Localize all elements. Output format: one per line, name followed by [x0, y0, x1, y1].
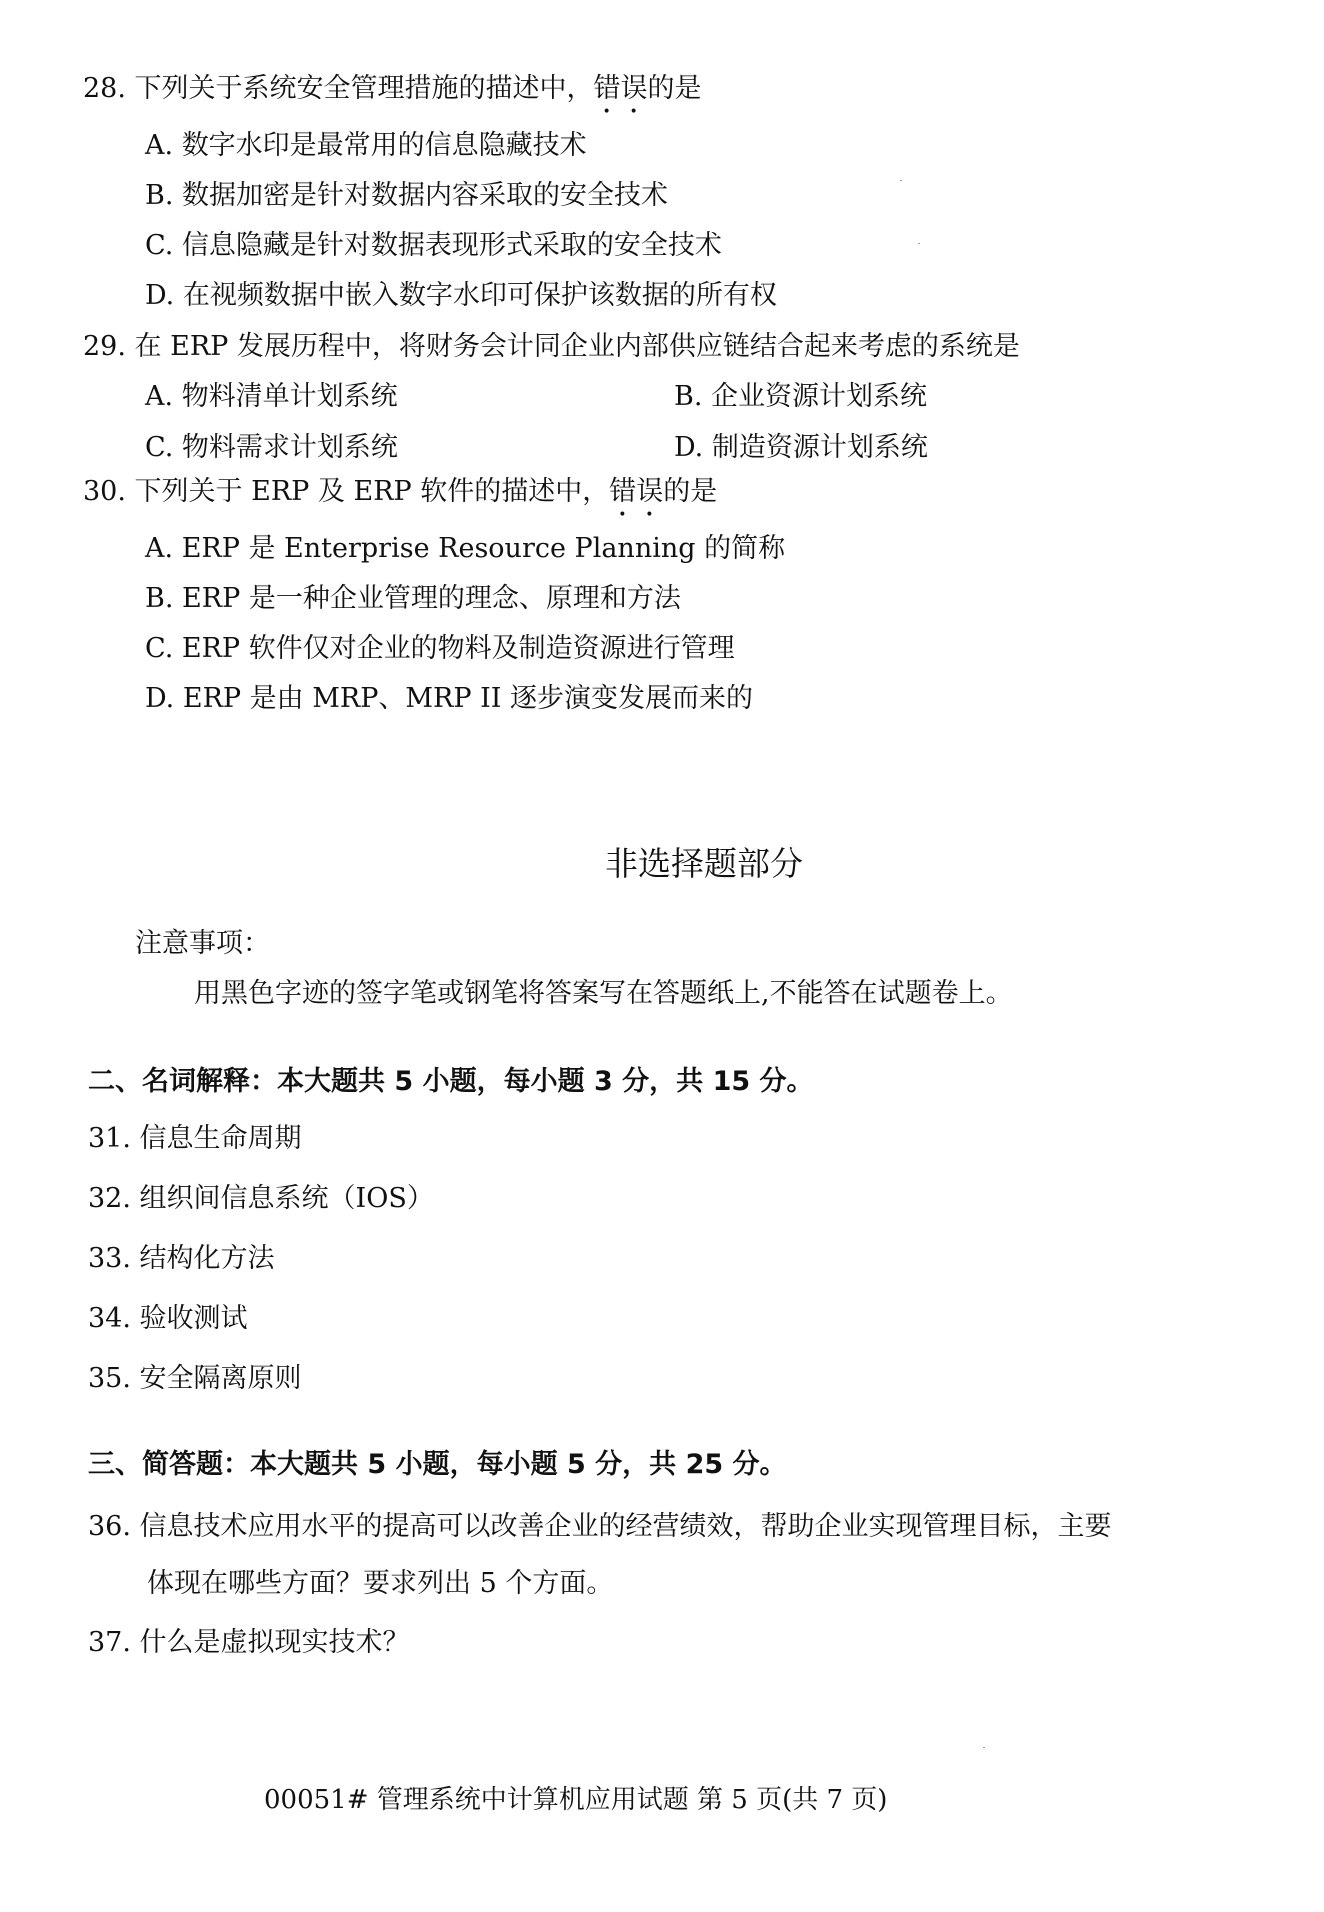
section-title: 非选择题部分: [605, 847, 803, 881]
question-text-end: 的是: [663, 476, 717, 507]
option-label: B.: [145, 180, 173, 211]
question-number: 36.: [88, 1510, 131, 1544]
scan-artifact: [900, 180, 902, 181]
question-text: 安全隔离原则: [140, 1363, 302, 1394]
option-text: ERP 是 Enterprise Resource Planning 的简称: [182, 533, 785, 564]
question-35: 35. 安全隔离原则: [88, 1362, 302, 1396]
question-text: 下列关于系统安全管理措施的描述中，: [135, 73, 594, 104]
scan-artifact: [918, 243, 920, 244]
question-36-line1: 36. 信息技术应用水平的提高可以改善企业的经营绩效，帮助企业实现管理目标，主要: [88, 1510, 1112, 1544]
option-label: C.: [145, 633, 173, 664]
question-text: 结构化方法: [140, 1243, 275, 1274]
question-28-stem: 28. 下列关于系统安全管理措施的描述中，错误的是: [83, 72, 702, 120]
question-29-stem: 29. 在 ERP 发展历程中，将财务会计同企业内部供应链结合起来考虑的系统是: [83, 330, 1020, 364]
question-34: 34. 验收测试: [88, 1302, 248, 1336]
question-text: 信息生命周期: [140, 1123, 302, 1154]
option-label: A.: [145, 130, 173, 161]
option-label: D.: [145, 683, 174, 714]
question-37: 37. 什么是虚拟现实技术？: [88, 1626, 410, 1660]
option-label: A.: [145, 533, 173, 564]
question-33: 33. 结构化方法: [88, 1242, 275, 1276]
option-text: 信息隐藏是针对数据表现形式采取的安全技术: [182, 230, 722, 261]
question-28-option-c: C. 信息隐藏是针对数据表现形式采取的安全技术: [145, 229, 722, 263]
question-text: 验收测试: [140, 1303, 248, 1334]
option-text: 制造资源计划系统: [712, 432, 928, 463]
option-text: 物料需求计划系统: [182, 432, 398, 463]
question-text: 在 ERP 发展历程中，将财务会计同企业内部供应链结合起来考虑的系统是: [135, 331, 1020, 362]
question-29-option-c: C. 物料需求计划系统: [145, 431, 398, 465]
option-label: D.: [674, 432, 703, 463]
option-label: C.: [145, 230, 173, 261]
option-text: 物料清单计划系统: [182, 381, 398, 412]
question-text: 信息技术应用水平的提高可以改善企业的经营绩效，帮助企业实现管理目标，主要: [140, 1511, 1112, 1542]
question-text: 什么是虚拟现实技术？: [140, 1627, 410, 1658]
question-32: 32. 组织间信息系统（IOS）: [88, 1182, 434, 1216]
option-label: C.: [145, 432, 173, 463]
page-footer: 00051# 管理系统中计算机应用试题 第 5 页(共 7 页): [264, 1783, 887, 1817]
question-number: 32.: [88, 1182, 131, 1216]
question-number: 28.: [83, 72, 126, 106]
question-text: 下列关于 ERP 及 ERP 软件的描述中，: [135, 476, 610, 507]
notice-label: 注意事项：: [135, 927, 270, 961]
option-text: ERP 软件仅对企业的物料及制造资源进行管理: [182, 633, 735, 664]
emphasized-text: 错误: [609, 476, 663, 507]
question-30-stem: 30. 下列关于 ERP 及 ERP 软件的描述中，错误的是: [83, 475, 717, 523]
option-text: 企业资源计划系统: [711, 381, 927, 412]
question-30-option-c: C. ERP 软件仅对企业的物料及制造资源进行管理: [145, 632, 735, 666]
option-text: 在视频数据中嵌入数字水印可保护该数据的所有权: [183, 280, 777, 311]
option-text: ERP 是由 MRP、MRP II 逐步演变发展而来的: [183, 683, 753, 714]
question-number: 29.: [83, 330, 126, 364]
question-number: 34.: [88, 1302, 131, 1336]
question-28-option-a: A. 数字水印是最常用的信息隐藏技术: [145, 129, 587, 163]
question-number: 33.: [88, 1242, 131, 1276]
option-text: ERP 是一种企业管理的理念、原理和方法: [182, 583, 681, 614]
question-31: 31. 信息生命周期: [88, 1122, 302, 1156]
question-number: 31.: [88, 1122, 131, 1156]
option-label: B.: [674, 381, 702, 412]
question-28-option-d: D. 在视频数据中嵌入数字水印可保护该数据的所有权: [145, 279, 777, 313]
question-36-line2: 体现在哪些方面？要求列出 5 个方面。: [147, 1567, 613, 1601]
question-number: 37.: [88, 1626, 131, 1660]
emphasized-text: 错误: [594, 73, 648, 104]
option-label: A.: [145, 381, 173, 412]
section-2-heading: 二、名词解释：本大题共 5 小题，每小题 3 分，共 15 分。: [88, 1065, 814, 1099]
question-28-option-b: B. 数据加密是针对数据内容采取的安全技术: [145, 179, 668, 213]
question-30-option-a: A. ERP 是 Enterprise Resource Planning 的简…: [145, 532, 785, 566]
question-30-option-b: B. ERP 是一种企业管理的理念、原理和方法: [145, 582, 681, 616]
question-number: 35.: [88, 1362, 131, 1396]
question-29-option-d: D. 制造资源计划系统: [674, 431, 928, 465]
notice-text: 用黑色字迹的签字笔或钢笔将答案写在答题纸上,不能答在试题卷上。: [194, 977, 1013, 1011]
question-30-option-d: D. ERP 是由 MRP、MRP II 逐步演变发展而来的: [145, 682, 753, 716]
question-29-option-a: A. 物料清单计划系统: [145, 380, 398, 414]
option-text: 数据加密是针对数据内容采取的安全技术: [182, 180, 668, 211]
section-3-heading: 三、简答题：本大题共 5 小题，每小题 5 分，共 25 分。: [88, 1448, 787, 1482]
question-text-end: 的是: [648, 73, 702, 104]
question-text: 组织间信息系统（IOS）: [140, 1183, 434, 1214]
option-text: 数字水印是最常用的信息隐藏技术: [182, 130, 587, 161]
option-label: D.: [145, 280, 174, 311]
question-number: 30.: [83, 475, 126, 509]
question-29-option-b: B. 企业资源计划系统: [674, 380, 927, 414]
option-label: B.: [145, 583, 173, 614]
scan-artifact: [983, 1747, 985, 1748]
